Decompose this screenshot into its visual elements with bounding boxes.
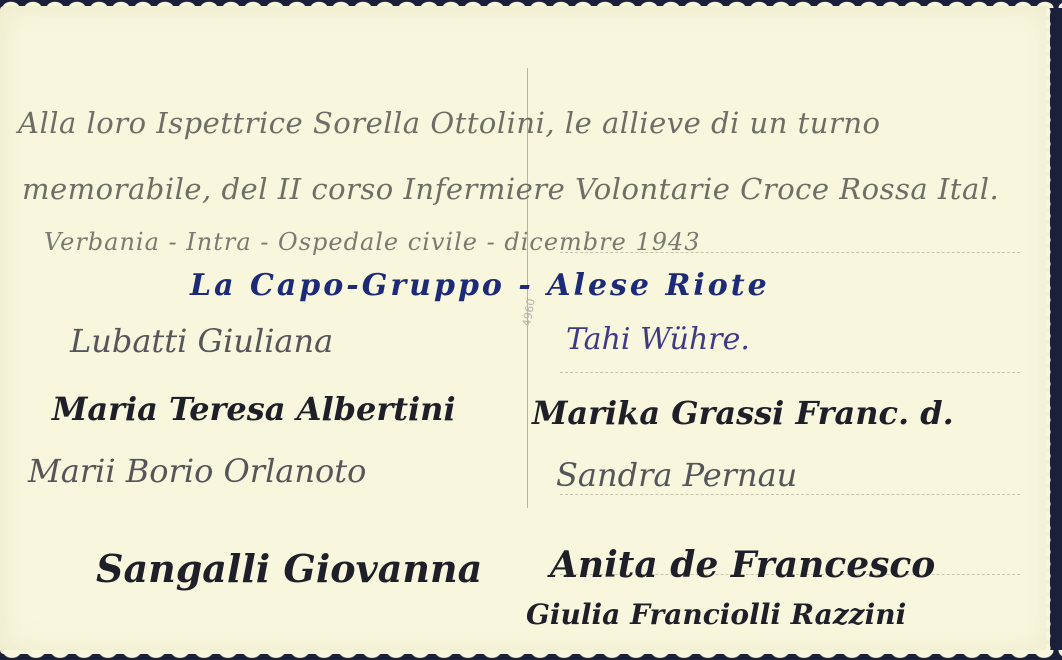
dedication-line-1: Alla loro Ispettrice Sorella Ottolini, l… (18, 106, 880, 140)
dedication-line-2: memorabile, del II corso Infermiere Volo… (22, 172, 999, 206)
signature-pernau: Sandra Pernau (556, 456, 797, 494)
signature-wuhre: Tahi Wühre. (566, 322, 750, 357)
bottom-deckle-edge (0, 650, 1062, 660)
signature-albertini: Maria Teresa Albertini (52, 390, 456, 428)
address-line-3 (560, 494, 1020, 495)
signature-lubatti: Lubatti Giuliana (70, 322, 333, 360)
signature-sangalli: Sangalli Giovanna (96, 546, 482, 591)
group-leader-signature: La Capo-Gruppo - Alese Riote (190, 268, 770, 303)
signature-de-francesco: Anita de Francesco (550, 544, 935, 586)
dedication-line-3: Verbania - Intra - Ospedale civile - dic… (44, 228, 701, 256)
signature-razzini: Giulia Franciolli Razzini (526, 598, 906, 631)
postcard: Alla loro Ispettrice Sorella Ottolini, l… (0, 6, 1050, 654)
signature-grassi: Marika Grassi Franc. d. (532, 394, 954, 432)
signature-borio: Marii Borio Orlanoto (28, 452, 366, 490)
address-line-2 (560, 372, 1020, 373)
